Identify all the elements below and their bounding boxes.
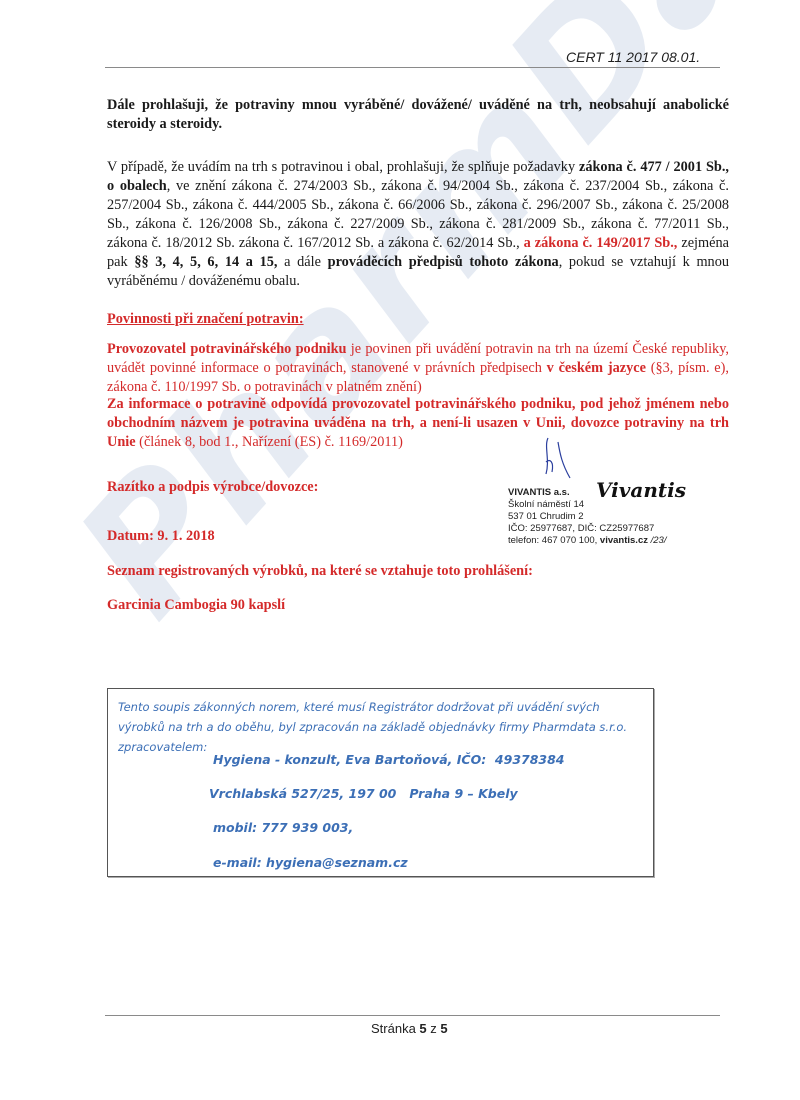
packaging-declaration: V případě, že uvádím na trh s potravinou… (107, 158, 729, 291)
date-label: Datum: 9. 1. 2018 (107, 528, 215, 545)
registered-product: Garcinia Cambogia 90 kapslí (107, 597, 285, 614)
company-stamp: VIVANTIS a.s. Školní náměstí 14 537 01 C… (508, 487, 666, 547)
packaging-intro: V případě, že uvádím na trh s potravinou… (107, 159, 579, 175)
packaging-regulations: prováděcích předpisů tohoto zákona (328, 254, 559, 270)
processor-address: Vrchlabská 527/25, 197 00 Praha 9 – Kbel… (209, 786, 518, 801)
packaging-mid2: a dále (277, 254, 327, 270)
processor-email[interactable]: e-mail: hygiena@seznam.cz (213, 855, 408, 870)
page-total: 5 (440, 1021, 447, 1036)
page-number: Stránka 5 z 5 (371, 1021, 448, 1036)
packaging-latest-law: a zákona č. 149/2017 Sb., (524, 235, 678, 251)
labeling-regulation-ref: (článek 8, bod 1., Nařízení (ES) č. 1169… (136, 434, 403, 450)
footer-divider (105, 1015, 720, 1016)
stamp-ref: /23/ (651, 535, 667, 546)
stamp-signature-label: Razítko a podpis výrobce/dovozce: (107, 479, 318, 496)
page-separator: z (427, 1021, 441, 1036)
page-label: Stránka (371, 1021, 419, 1036)
stamp-contact: telefon: 467 070 100, vivantis.cz /23/ (508, 535, 666, 547)
processor-intro: Tento soupis zákonných norem, které musí… (118, 697, 648, 757)
labeling-operator: Provozovatel potravinářského podniku (107, 341, 346, 357)
stamp-phone: telefon: 467 070 100, (508, 535, 600, 546)
document-code: CERT 11 2017 08.01. (566, 49, 700, 65)
labeling-paragraph-1: Provozovatel potravinářského podniku je … (107, 340, 729, 397)
stamp-company: VIVANTIS a.s. (508, 487, 666, 499)
steroids-declaration: Dále prohlašuji, že potraviny mnou vyráb… (107, 96, 729, 134)
labeling-paragraph-2: Za informace o potravině odpovídá provoz… (107, 395, 729, 452)
processor-mobile: mobil: 777 939 003, (213, 820, 353, 835)
signature-icon (540, 432, 590, 482)
page-current: 5 (419, 1021, 426, 1036)
registered-products-title: Seznam registrovaných výrobků, na které … (107, 563, 533, 580)
processor-name: Hygiena - konzult, Eva Bartoňová, IČO: 4… (213, 752, 565, 767)
labeling-section-title: Povinnosti při značení potravin: (107, 311, 304, 328)
labeling-language: v českém jazyce (547, 360, 646, 376)
packaging-sections: §§ 3, 4, 5, 6, 14 a 15, (134, 254, 277, 270)
stamp-street: Školní náměstí 14 (508, 499, 666, 511)
header-divider (105, 67, 720, 68)
stamp-city: 537 01 Chrudim 2 (508, 511, 666, 523)
stamp-ids: IČO: 25977687, DIČ: CZ25977687 (508, 523, 666, 535)
document-page: CERT 11 2017 08.01. Dále prohlašuji, že … (0, 0, 800, 1100)
processor-info-box: Tento soupis zákonných norem, které musí… (107, 688, 654, 877)
stamp-web: vivantis.cz (600, 535, 648, 546)
